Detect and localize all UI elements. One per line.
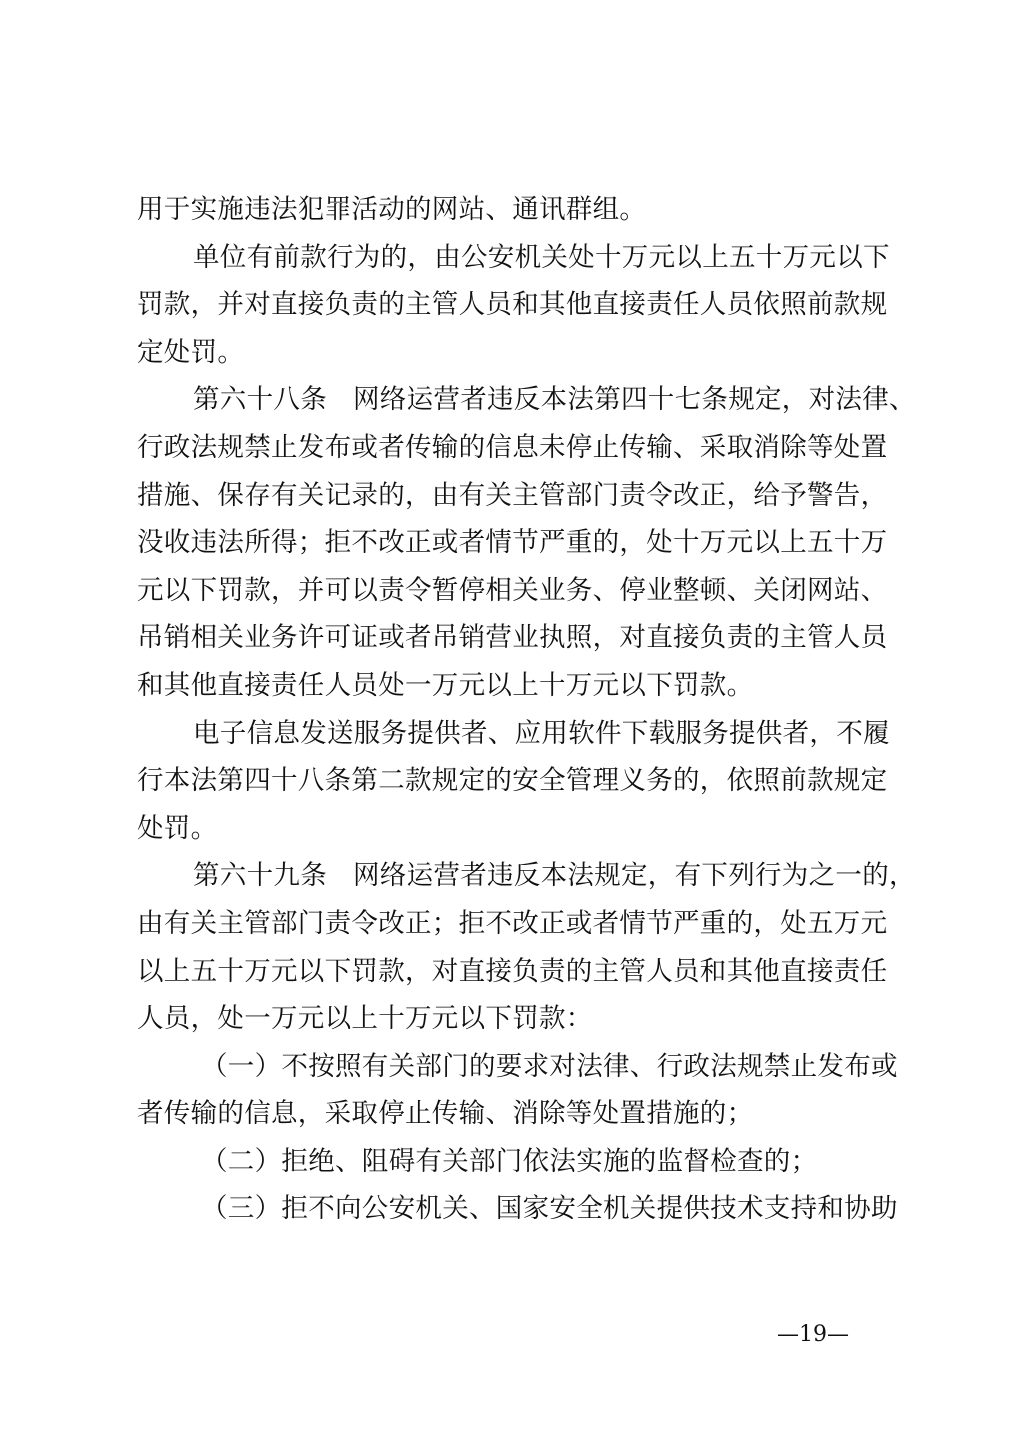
document-page: 用于实施违法犯罪活动的网站、通讯群组。 单位有前款行为的，由公安机关处十万元以上…	[0, 0, 1024, 1450]
text-line: 行本法第四十八条第二款规定的安全管理义务的，依照前款规定	[137, 757, 907, 805]
text-line: 定处罚。	[137, 329, 907, 377]
paragraph-start: 单位有前款行为的，由公安机关处十万元以上五十万元以下	[137, 234, 907, 282]
paragraph-start: 电子信息发送服务提供者、应用软件下载服务提供者，不履	[137, 710, 907, 758]
list-item-3: （三）拒不向公安机关、国家安全机关提供技术支持和协助	[137, 1185, 907, 1233]
text-line: 罚款，并对直接负责的主管人员和其他直接责任人员依照前款规	[137, 281, 907, 329]
text-line: 和其他直接责任人员处一万元以上十万元以下罚款。	[137, 662, 907, 710]
article-number: 第六十九条	[193, 860, 327, 891]
article-68-heading-line: 第六十八条网络运营者违反本法第四十七条规定，对法律、	[137, 376, 907, 424]
article-number: 第六十八条	[193, 384, 327, 415]
text-line: 以上五十万元以下罚款，对直接负责的主管人员和其他直接责任	[137, 948, 907, 996]
text-line: 用于实施违法犯罪活动的网站、通讯群组。	[137, 186, 907, 234]
text-line: 元以下罚款，并可以责令暂停相关业务、停业整顿、关闭网站、	[137, 567, 907, 615]
text-line: 网络运营者违反本法第四十七条规定，对法律、	[353, 384, 916, 415]
document-body: 用于实施违法犯罪活动的网站、通讯群组。 单位有前款行为的，由公安机关处十万元以上…	[137, 186, 907, 1233]
text-line: 措施、保存有关记录的，由有关主管部门责令改正，给予警告，	[137, 472, 907, 520]
page-number: —19—	[777, 1322, 849, 1347]
text-line: 网络运营者违反本法规定，有下列行为之一的，	[353, 860, 916, 891]
list-item-1: （一）不按照有关部门的要求对法律、行政法规禁止发布或	[137, 1043, 907, 1091]
text-line: 者传输的信息，采取停止传输、消除等处置措施的；	[137, 1090, 907, 1138]
text-line: 由有关主管部门责令改正；拒不改正或者情节严重的，处五万元	[137, 900, 907, 948]
text-line: 吊销相关业务许可证或者吊销营业执照，对直接负责的主管人员	[137, 614, 907, 662]
list-item-2: （二）拒绝、阻碍有关部门依法实施的监督检查的；	[137, 1138, 907, 1186]
text-line: 人员，处一万元以上十万元以下罚款：	[137, 995, 907, 1043]
article-69-heading-line: 第六十九条网络运营者违反本法规定，有下列行为之一的，	[137, 852, 907, 900]
text-line: 处罚。	[137, 805, 907, 853]
text-line: 没收违法所得；拒不改正或者情节严重的，处十万元以上五十万	[137, 519, 907, 567]
text-line: 行政法规禁止发布或者传输的信息未停止传输、采取消除等处置	[137, 424, 907, 472]
